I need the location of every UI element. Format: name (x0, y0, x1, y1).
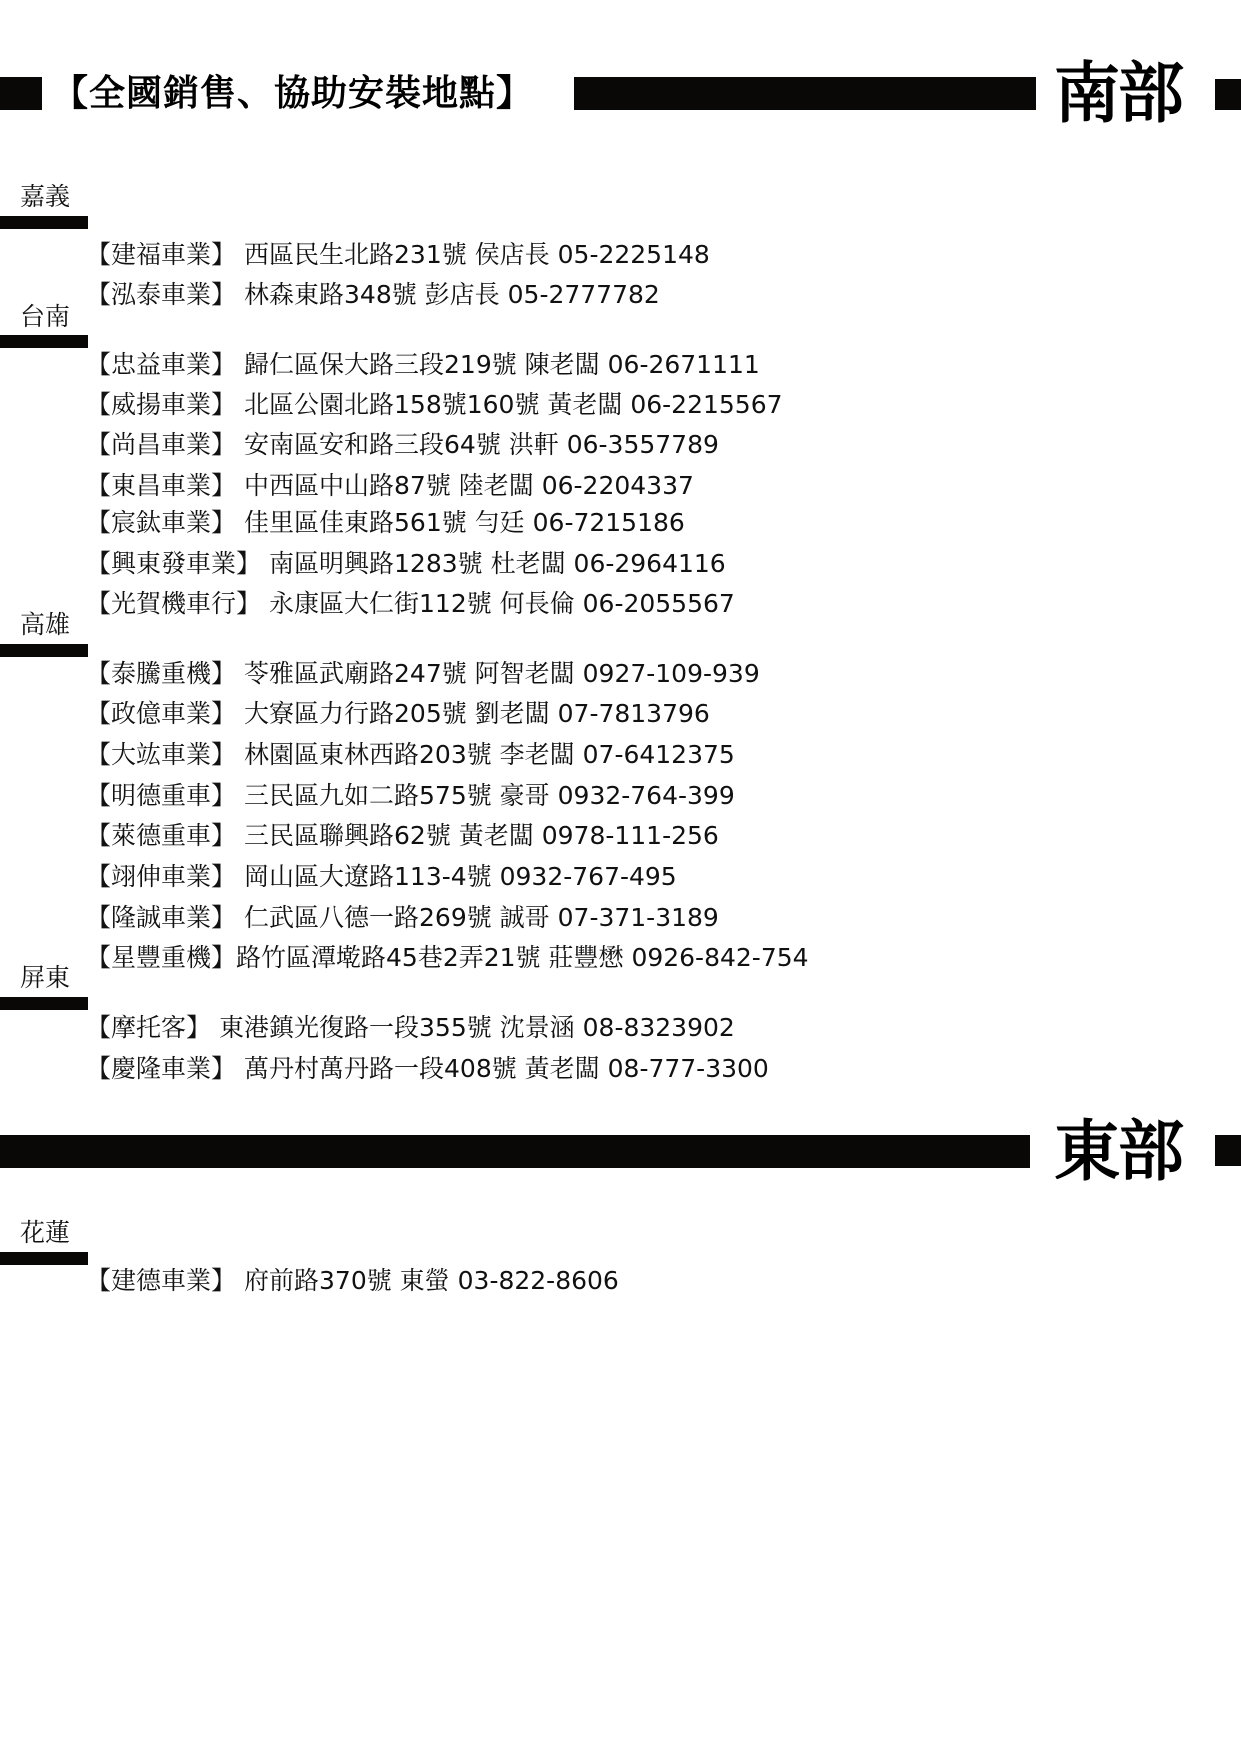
dealer-detail: 三民區九如二路575號 豪哥 0932-764-399 (244, 781, 735, 810)
dealer-entry: 【建福車業】西區民生北路231號 侯店長 05-2225148 (86, 240, 710, 270)
dealer-detail: 東港鎮光復路一段355號 沈景涵 08-8323902 (219, 1013, 735, 1042)
region-label-tainan: 台南 (20, 302, 70, 332)
dealer-entry: 【政億車業】大寮區力行路205號 劉老闆 07-7813796 (86, 699, 710, 729)
dealer-entry: 【隆誠車業】仁武區八德一路269號 誠哥 07-371-3189 (86, 903, 719, 933)
dealer-entry: 【萊德重車】三民區聯興路62號 黃老闆 0978-111-256 (86, 821, 719, 851)
dealer-entry: 【東昌車業】中西區中山路87號 陸老闆 06-2204337 (86, 471, 694, 501)
dealer-detail: 佳里區佳東路561號 勻廷 06-7215186 (244, 508, 685, 537)
dealer-entry: 【星豐重機】路竹區潭墘路45巷2弄21號 莊豐懋 0926-842-754 (86, 943, 809, 973)
region-bar-kaohsiung (0, 644, 88, 657)
region-bar-tainan (0, 335, 88, 348)
dealer-detail: 大寮區力行路205號 劉老闆 07-7813796 (244, 699, 710, 728)
page-title: 【全國銷售、協助安裝地點】 (52, 70, 533, 118)
dealer-detail: 林森東路348號 彭店長 05-2777782 (244, 280, 660, 309)
dealer-name: 【建德車業】 (86, 1266, 236, 1295)
zone-title-east: 東部 (1054, 1112, 1182, 1192)
dealer-detail: 仁武區八德一路269號 誠哥 07-371-3189 (244, 903, 719, 932)
dealer-detail: 岡山區大遼路113-4號 0932-767-495 (244, 862, 677, 891)
dealer-entry: 【威揚車業】北區公園北路158號160號 黃老闆 06-2215567 (86, 390, 783, 420)
dealer-name: 【光賀機車行】 (86, 589, 261, 618)
dealer-detail: 苓雅區武廟路247號 阿智老闆 0927-109-939 (244, 659, 760, 688)
dealer-name: 【翊伸車業】 (86, 862, 236, 891)
dealer-entry: 【泰騰重機】苓雅區武廟路247號 阿智老闆 0927-109-939 (86, 659, 760, 689)
dealer-entry: 【建德車業】府前路370號 東螢 03-822-8606 (86, 1266, 619, 1296)
region-label-pingtung: 屏東 (20, 963, 70, 993)
header-right-block (1215, 79, 1241, 110)
region-label-hualien: 花蓮 (20, 1218, 70, 1248)
dealer-detail: 永康區大仁街112號 何長倫 06-2055567 (269, 589, 735, 618)
dealer-name: 【大竑車業】 (86, 740, 236, 769)
dealer-name: 【泓泰車業】 (86, 280, 236, 309)
zone-title-south: 南部 (1054, 54, 1182, 134)
header-left-block (0, 77, 42, 110)
header-divider-bar (574, 77, 1036, 110)
east-divider-bar (0, 1135, 1030, 1168)
dealer-entry: 【明德重車】三民區九如二路575號 豪哥 0932-764-399 (86, 781, 735, 811)
region-label-kaohsiung: 高雄 (20, 610, 70, 640)
dealer-name: 【宸鈦車業】 (86, 508, 236, 537)
dealer-name: 【慶隆車業】 (86, 1054, 236, 1083)
dealer-detail: 南區明興路1283號 杜老闆 06-2964116 (269, 549, 726, 578)
dealer-entry: 【翊伸車業】岡山區大遼路113-4號 0932-767-495 (86, 862, 677, 892)
dealer-entry: 【尚昌車業】安南區安和路三段64號 洪軒 06-3557789 (86, 430, 719, 460)
dealer-entry: 【摩托客】東港鎮光復路一段355號 沈景涵 08-8323902 (86, 1013, 735, 1043)
dealer-name: 【東昌車業】 (86, 471, 236, 500)
dealer-name: 【星豐重機】 (86, 943, 236, 972)
region-label-chiayi: 嘉義 (20, 182, 70, 212)
dealer-name: 【泰騰重機】 (86, 659, 236, 688)
dealer-name: 【隆誠車業】 (86, 903, 236, 932)
dealer-entry: 【忠益車業】歸仁區保大路三段219號 陳老闆 06-2671111 (86, 350, 760, 380)
dealer-name: 【尚昌車業】 (86, 430, 236, 459)
dealer-entry: 【宸鈦車業】佳里區佳東路561號 勻廷 06-7215186 (86, 508, 685, 538)
dealer-entry: 【慶隆車業】萬丹村萬丹路一段408號 黃老闆 08-777-3300 (86, 1054, 769, 1084)
region-bar-chiayi (0, 216, 88, 229)
dealer-entry: 【光賀機車行】永康區大仁街112號 何長倫 06-2055567 (86, 589, 735, 619)
dealer-name: 【建福車業】 (86, 240, 236, 269)
dealer-name: 【明德重車】 (86, 781, 236, 810)
dealer-detail: 中西區中山路87號 陸老闆 06-2204337 (244, 471, 694, 500)
dealer-name: 【摩托客】 (86, 1013, 211, 1042)
dealer-detail: 路竹區潭墘路45巷2弄21號 莊豐懋 0926-842-754 (236, 943, 809, 972)
east-right-block (1215, 1135, 1241, 1166)
dealer-detail: 歸仁區保大路三段219號 陳老闆 06-2671111 (244, 350, 760, 379)
dealer-name: 【政億車業】 (86, 699, 236, 728)
dealer-detail: 西區民生北路231號 侯店長 05-2225148 (244, 240, 710, 269)
dealer-detail: 北區公園北路158號160號 黃老闆 06-2215567 (244, 390, 783, 419)
dealer-detail: 林園區東林西路203號 李老闆 07-6412375 (244, 740, 735, 769)
dealer-detail: 萬丹村萬丹路一段408號 黃老闆 08-777-3300 (244, 1054, 769, 1083)
dealer-entry: 【大竑車業】林園區東林西路203號 李老闆 07-6412375 (86, 740, 735, 770)
dealer-detail: 府前路370號 東螢 03-822-8606 (244, 1266, 619, 1295)
region-bar-pingtung (0, 997, 88, 1010)
dealer-name: 【興東發車業】 (86, 549, 261, 578)
dealer-detail: 三民區聯興路62號 黃老闆 0978-111-256 (244, 821, 719, 850)
dealer-entry: 【泓泰車業】林森東路348號 彭店長 05-2777782 (86, 280, 660, 310)
dealer-detail: 安南區安和路三段64號 洪軒 06-3557789 (244, 430, 719, 459)
dealer-name: 【威揚車業】 (86, 390, 236, 419)
dealer-name: 【萊德重車】 (86, 821, 236, 850)
region-bar-hualien (0, 1252, 88, 1265)
dealer-entry: 【興東發車業】南區明興路1283號 杜老闆 06-2964116 (86, 549, 726, 579)
dealer-name: 【忠益車業】 (86, 350, 236, 379)
